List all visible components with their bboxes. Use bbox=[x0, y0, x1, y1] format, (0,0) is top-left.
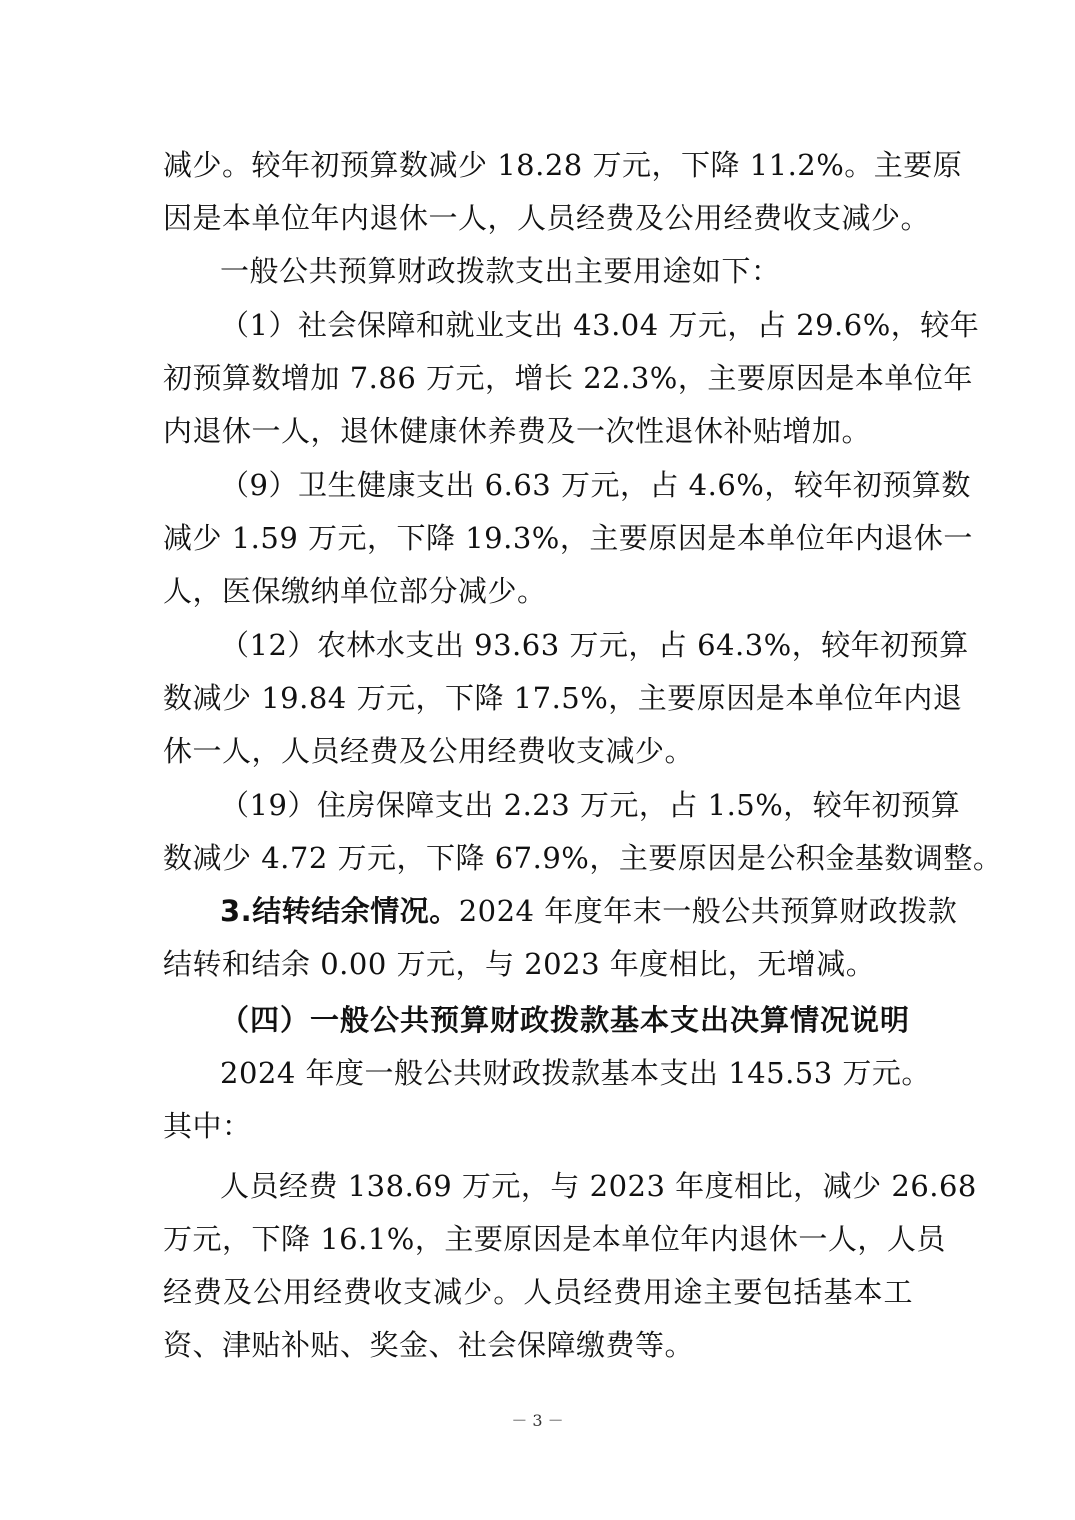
text-line: 内退休一人，退休健康休养费及一次性退休补贴增加。 bbox=[163, 411, 913, 451]
page-number: － 3 － bbox=[0, 1408, 1075, 1431]
item-agriculture: （12）农林水支出 93.63 万元，占 64.3%，较年初预算 bbox=[220, 625, 913, 665]
text-line: 休一人，人员经费及公用经费收支减少。 bbox=[163, 731, 913, 771]
section-heading: （四）一般公共预算财政拨款基本支出决算情况说明 bbox=[220, 1000, 890, 1040]
carryover-text: 2024 年度年末一般公共预算财政拨款 bbox=[459, 894, 958, 928]
text-line: 经费及公用经费收支减少。人员经费用途主要包括基本工 bbox=[163, 1272, 913, 1312]
text-line: 资、津贴补贴、奖金、社会保障缴费等。 bbox=[163, 1325, 913, 1365]
item-health: （9）卫生健康支出 6.63 万元，占 4.6%，较年初预算数 bbox=[220, 465, 913, 505]
text-line: 因是本单位年内退休一人，人员经费及公用经费收支减少。 bbox=[163, 198, 913, 238]
text-line: 人，医保缴纳单位部分减少。 bbox=[163, 571, 913, 611]
text-line: 其中： bbox=[163, 1106, 913, 1146]
text-line: 一般公共预算财政拨款支出主要用途如下： bbox=[220, 251, 913, 291]
document-page: 减少。较年初预算数减少 18.28 万元，下降 11.2%。主要原 因是本单位年… bbox=[0, 0, 1075, 1520]
personnel-paragraph: 人员经费 138.69 万元，与 2023 年度相比，减少 26.68 bbox=[220, 1166, 913, 1206]
item-housing: （19）住房保障支出 2.23 万元，占 1.5%，较年初预算 bbox=[220, 785, 913, 825]
text-line: 数减少 19.84 万元，下降 17.5%，主要原因是本单位年内退 bbox=[163, 678, 913, 718]
text-line: 减少。较年初预算数减少 18.28 万元，下降 11.2%。主要原 bbox=[163, 145, 913, 185]
text-line: 减少 1.59 万元，下降 19.3%，主要原因是本单位年内退休一 bbox=[163, 518, 913, 558]
text-line: 万元，下降 16.1%，主要原因是本单位年内退休一人，人员 bbox=[163, 1219, 913, 1259]
carryover-paragraph: 3.结转结余情况。2024 年度年末一般公共预算财政拨款 bbox=[220, 891, 913, 931]
text-line: 2024 年度一般公共财政拨款基本支出 145.53 万元。 bbox=[220, 1053, 913, 1093]
item-social-security: （1）社会保障和就业支出 43.04 万元，占 29.6%，较年 bbox=[220, 305, 913, 345]
text-line: 结转和结余 0.00 万元，与 2023 年度相比，无增减。 bbox=[163, 944, 913, 984]
carryover-label: 3.结转结余情况。 bbox=[220, 894, 459, 928]
text-line: 数减少 4.72 万元，下降 67.9%，主要原因是公积金基数调整。 bbox=[163, 838, 913, 878]
text-line: 初预算数增加 7.86 万元，增长 22.3%，主要原因是本单位年 bbox=[163, 358, 913, 398]
